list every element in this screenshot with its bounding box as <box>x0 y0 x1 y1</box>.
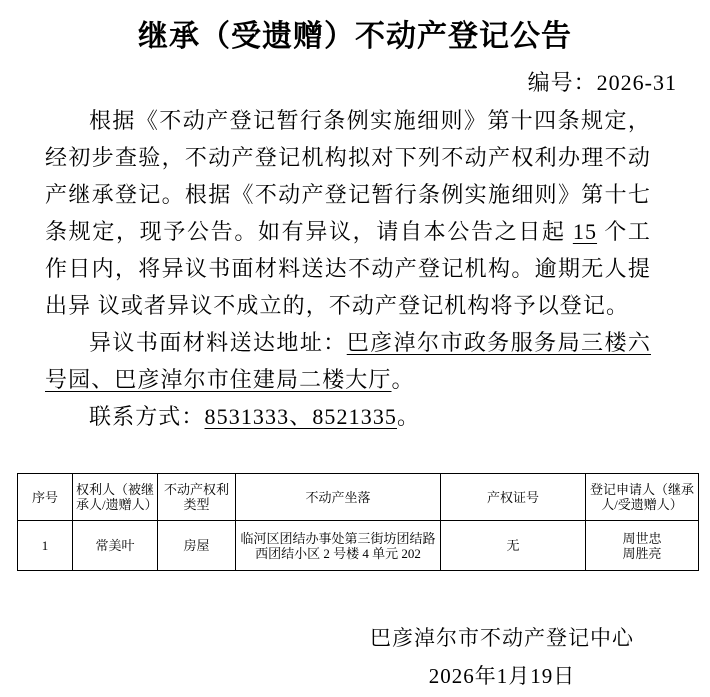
text-segment: 联系方式： <box>89 404 205 429</box>
notice-document: 继承（受遗赠）不动产登记公告 编号：2026-31 根据《不动产登记暂行条例实施… <box>0 0 710 697</box>
registration-table: 序号权利人（被继承人/遗赠人）不动产权利类型不动产坐落产权证号登记申请人（继承人… <box>17 473 699 571</box>
paragraph-main: 根据《不动产登记暂行条例实施细则》第十四条规定，经初步查验，不动产登记机构拟对下… <box>45 102 651 324</box>
notice-body: 根据《不动产登记暂行条例实施细则》第十四条规定，经初步查验，不动产登记机构拟对下… <box>45 102 651 435</box>
underlined-text: 8531333、8521335 <box>205 404 398 429</box>
table-cell: 周世忠 周胜亮 <box>586 521 699 571</box>
table-header-cell: 序号 <box>18 474 73 521</box>
table-header-cell: 产权证号 <box>441 474 586 521</box>
table-header-cell: 不动产坐落 <box>236 474 441 521</box>
table-cell: 1 <box>18 521 73 571</box>
table-header-row: 序号权利人（被继承人/遗赠人）不动产权利类型不动产坐落产权证号登记申请人（继承人… <box>18 474 699 521</box>
table-cell: 无 <box>441 521 586 571</box>
issuing-organization: 巴彦淖尔市不动产登记中心 <box>370 619 634 657</box>
signature-block: 巴彦淖尔市不动产登记中心 2026年1月19日 <box>370 619 634 695</box>
text-segment: 异议书面材料送达地址： <box>89 330 347 355</box>
table-header-cell: 登记申请人（继承人/受遗赠人） <box>586 474 699 521</box>
table-row: 1常美叶房屋临河区团结办事处第三街坊团结路西团结小区 2 号楼 4 单元 202… <box>18 521 699 571</box>
doc-number: 编号：2026-31 <box>0 70 710 96</box>
page-title: 继承（受遗赠）不动产登记公告 <box>0 0 710 56</box>
paragraph-address: 异议书面材料送达地址：巴彦淖尔市政务服务局三楼六号园、巴彦淖尔市住建局二楼大厅。 <box>45 324 651 398</box>
table-body: 1常美叶房屋临河区团结办事处第三街坊团结路西团结小区 2 号楼 4 单元 202… <box>18 521 699 571</box>
table-cell: 临河区团结办事处第三街坊团结路西团结小区 2 号楼 4 单元 202 <box>236 521 441 571</box>
text-segment: 。 <box>392 367 415 392</box>
issue-date: 2026年1月19日 <box>370 657 634 695</box>
table-header-cell: 不动产权利类型 <box>158 474 236 521</box>
table-cell: 房屋 <box>158 521 236 571</box>
table-cell: 常美叶 <box>73 521 158 571</box>
text-segment: 。 <box>397 404 420 429</box>
underlined-text: 15 <box>573 219 597 244</box>
table-header-cell: 权利人（被继承人/遗赠人） <box>73 474 158 521</box>
text-segment: 根据《不动产登记暂行条例实施细则》第十四条规定，经初步查验，不动产登记机构拟对下… <box>45 108 651 244</box>
paragraph-contact: 联系方式：8531333、8521335。 <box>45 398 651 435</box>
